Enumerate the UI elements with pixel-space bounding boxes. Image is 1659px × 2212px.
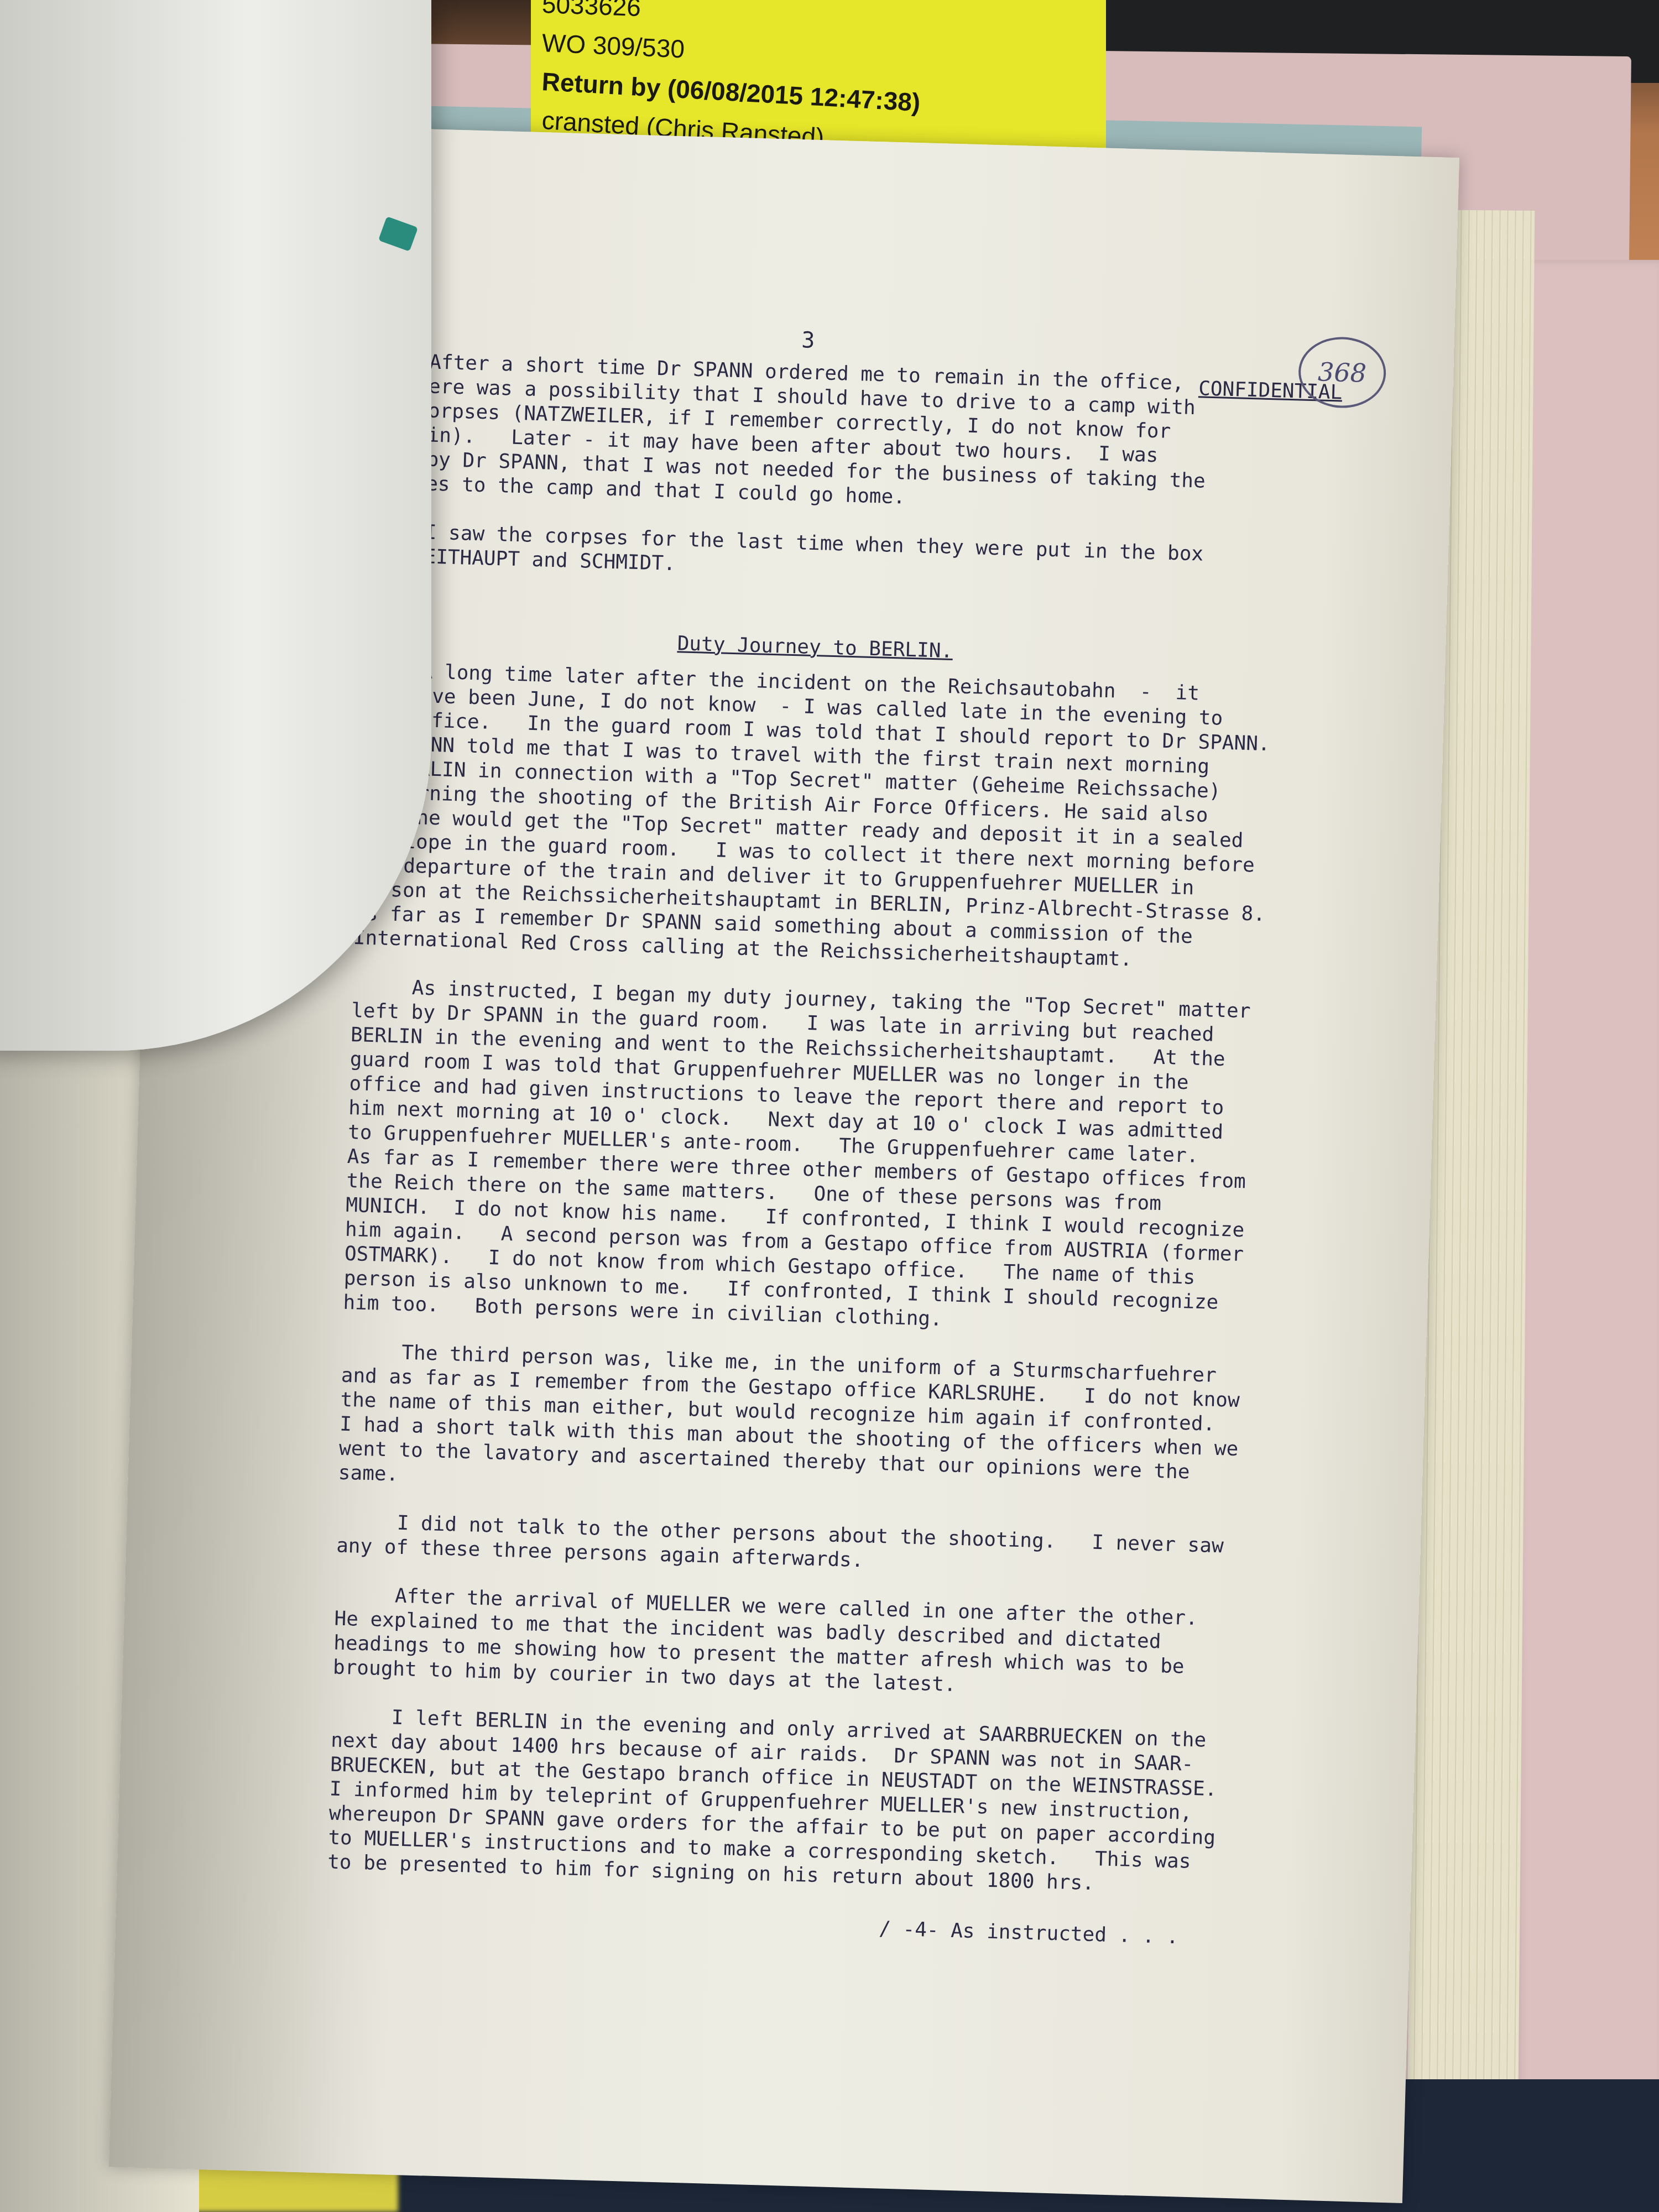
paragraph: I left BERLIN in the evening and only ar…: [327, 1704, 1239, 1900]
slip-catalogue-reference: WO 309/530: [541, 28, 685, 64]
paragraph: As instructed, I began my duty journey, …: [343, 974, 1259, 1340]
paragraph: After a short time Dr SPANN ordered me t…: [366, 348, 1276, 520]
paragraph: A long time later after the incident on …: [353, 658, 1267, 975]
slip-reference-number: 5033626: [541, 0, 641, 22]
left-page-curled: [0, 0, 431, 1051]
section-paragraphs: A long time later after the incident on …: [327, 658, 1268, 1900]
folder-flap: [1515, 260, 1659, 2140]
paragraph: I saw the corpses for the last time when…: [364, 519, 1272, 593]
paragraph: The third person was, like me, in the un…: [338, 1339, 1249, 1511]
document-body: After a short time Dr SPANN ordered me t…: [326, 348, 1276, 1924]
page-number: 3: [801, 327, 815, 353]
intro-paragraphs: After a short time Dr SPANN ordered me t…: [364, 348, 1276, 593]
paragraph: After the arrival of MUELLER we were cal…: [332, 1583, 1241, 1705]
paragraph: I did not talk to the other persons abou…: [336, 1510, 1244, 1584]
continuation-note: / -4- As instructed . . .: [879, 1917, 1179, 1948]
